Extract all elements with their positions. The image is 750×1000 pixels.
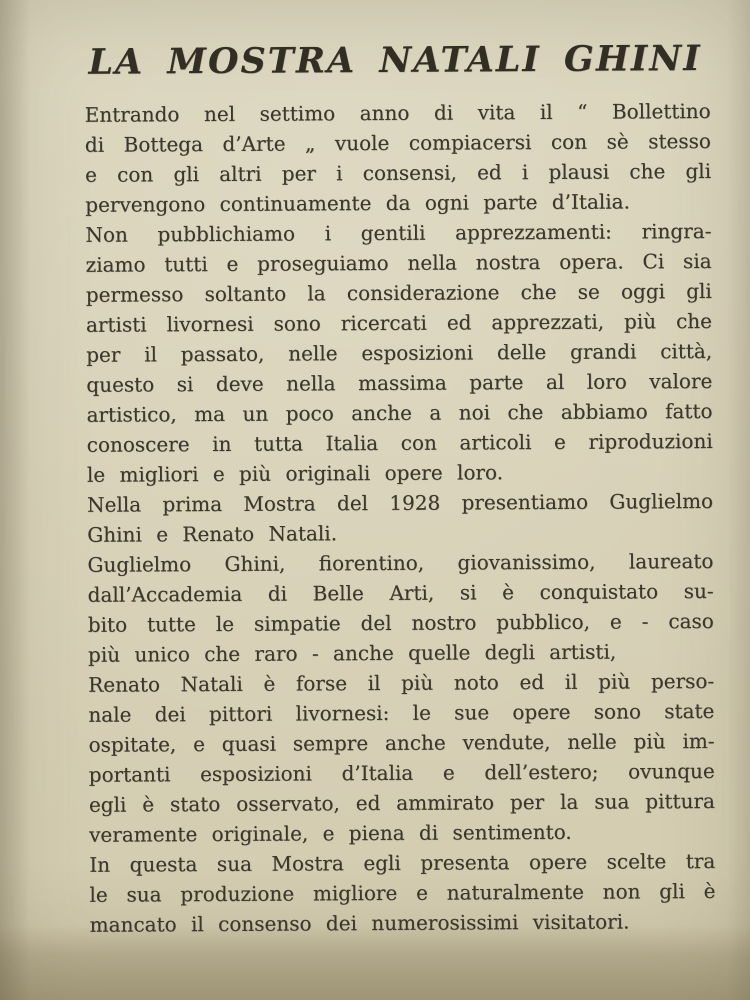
text-line: e con gli altri per i consensi, ed i pla… [85, 156, 711, 190]
text-line: permesso soltanto la considerazione che … [86, 276, 712, 310]
text-line: questo si deve nella massima parte al lo… [86, 366, 712, 400]
text-line: Entrando nel settimo anno di vita il “ B… [85, 96, 711, 130]
text-line: In questa sua Mostra egli presenta opere… [89, 846, 715, 880]
text-line: più unico che raro - anche quelle degli … [88, 636, 714, 670]
text-line: ziamo tutti e proseguiamo nella nostra o… [86, 246, 712, 280]
text-line: artisti livornesi sono ricercati ed appr… [86, 306, 712, 340]
page-title: LA MOSTRA NATALI GHINI [88, 38, 710, 84]
text-line: veramente originale, e piena di sentimen… [89, 816, 715, 850]
text-line: egli è stato osservato, ed ammirato per … [89, 786, 715, 820]
text-line: dall’Accademia di Belle Arti, si è conqu… [88, 576, 714, 610]
text-line: le migliori e più originali opere loro. [87, 456, 713, 490]
text-line: Guglielmo Ghini, fiorentino, giovanissim… [87, 546, 713, 580]
text-line: portanti esposizioni d’Italia e dell’est… [89, 756, 715, 790]
text-line: mancato il consenso dei numerosissimi vi… [90, 906, 716, 940]
page-content: LA MOSTRA NATALI GHINI Entrando nel sett… [0, 0, 750, 940]
text-line: bito tutte le simpatie del nostro pubbli… [88, 606, 714, 640]
text-line: ospitate, e quasi sempre anche vendute, … [88, 726, 714, 760]
scanned-book-page: LA MOSTRA NATALI GHINI Entrando nel sett… [0, 0, 750, 1000]
text-line: Ghini e Renato Natali. [87, 516, 713, 550]
body-text: Entrando nel settimo anno di vita il “ B… [85, 96, 716, 940]
text-line: Non pubblichiamo i gentili apprezzamenti… [85, 216, 711, 250]
text-line: le sua produzione migliore e naturalment… [89, 876, 715, 910]
text-line: Renato Natali è forse il più noto ed il … [88, 666, 714, 700]
text-line: Nella prima Mostra del 1928 presentiamo … [87, 486, 713, 520]
text-line: di Bottega d’Arte „ vuole compiacersi co… [85, 126, 711, 160]
text-line: nale dei pittori livornesi: le sue opere… [88, 696, 714, 730]
text-line: artistico, ma un poco anche a noi che ab… [86, 396, 712, 430]
text-line: pervengono continuamente da ogni parte d… [85, 186, 711, 220]
text-line: per il passato, nelle esposizioni delle … [86, 336, 712, 370]
text-line: conoscere in tutta Italia con articoli e… [87, 426, 713, 460]
